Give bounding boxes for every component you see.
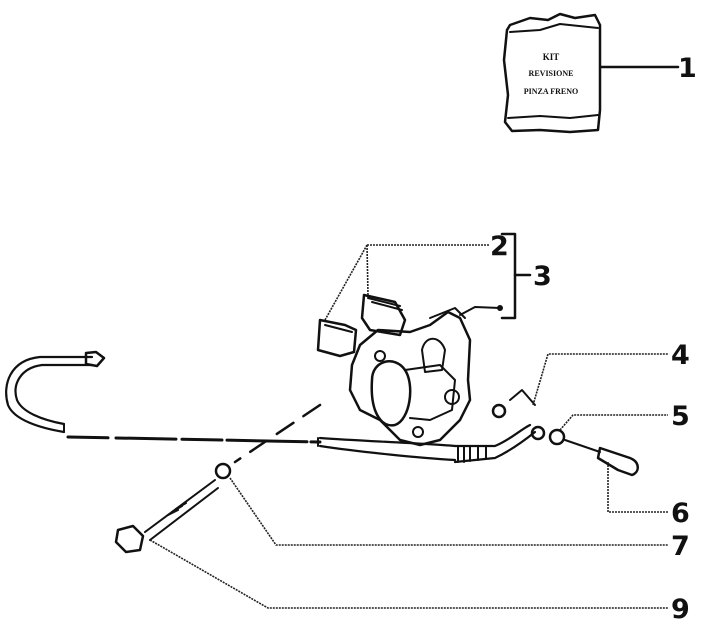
callout-2[interactable]: 2 xyxy=(490,231,509,262)
callout-5[interactable]: 5 xyxy=(671,401,690,432)
brake-pads-illustration xyxy=(318,295,405,356)
leader-line-5 xyxy=(560,415,668,430)
callout-9[interactable]: 9 xyxy=(671,594,690,625)
parts-diagram: KIT REVISIONE PINZA FRENO xyxy=(0,0,720,633)
kit-label-line2: REVISIONE xyxy=(529,69,574,78)
callout-1[interactable]: 1 xyxy=(678,53,697,84)
banjo-bolt-illustration xyxy=(565,440,638,475)
pin-dot xyxy=(497,305,503,311)
leader-line-9 xyxy=(150,540,668,608)
leader-line-7 xyxy=(230,478,668,545)
callout-6[interactable]: 6 xyxy=(671,498,690,529)
callout-3[interactable]: 3 xyxy=(533,261,552,292)
caliper-bolt-illustration xyxy=(116,480,218,552)
leader-line-4 xyxy=(533,354,668,405)
kit-bag-illustration: KIT REVISIONE PINZA FRENO xyxy=(504,14,600,132)
kit-label-line1: KIT xyxy=(543,52,560,62)
callout-7[interactable]: 7 xyxy=(671,531,690,562)
washer-illustration xyxy=(216,464,230,478)
callout-4[interactable]: 4 xyxy=(671,340,690,371)
sealing-washer-illustration xyxy=(550,430,564,444)
pin-leader xyxy=(460,307,500,315)
brake-hose-illustration xyxy=(6,352,535,462)
kit-label-line3: PINZA FRENO xyxy=(524,87,578,96)
